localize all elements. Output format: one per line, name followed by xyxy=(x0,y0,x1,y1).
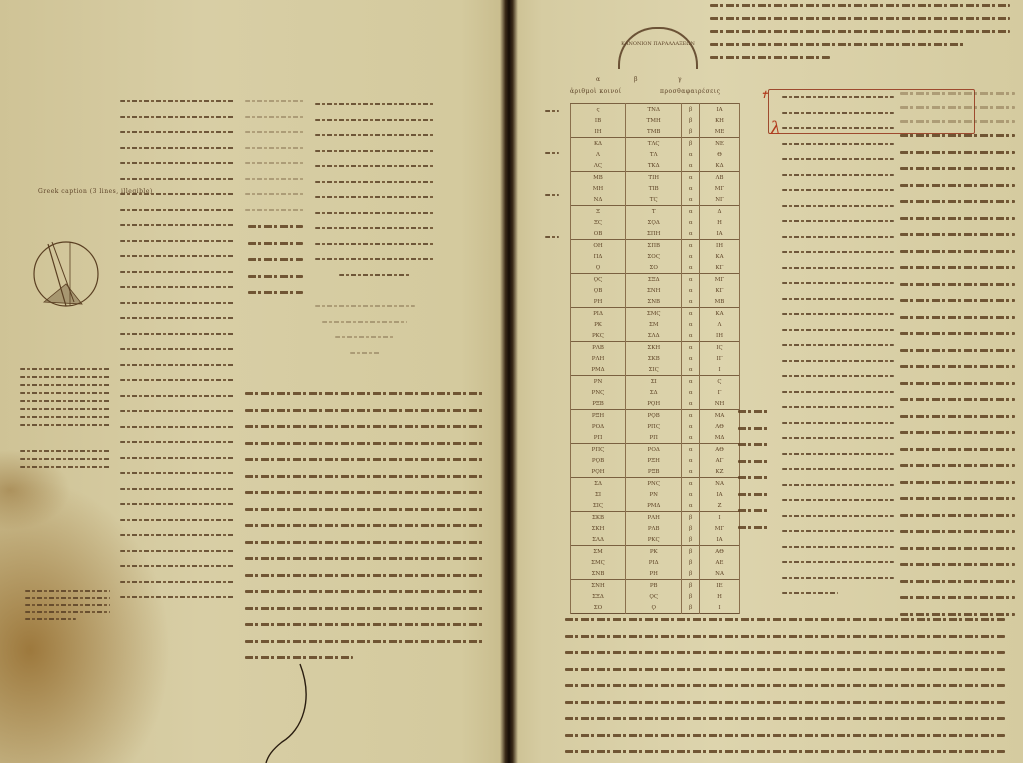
col3-header: γ xyxy=(678,76,682,83)
table-cell-argument: Λ xyxy=(571,149,626,160)
table-cell-seconds: ΚΑ xyxy=(700,308,740,320)
table-cell-minutes: β xyxy=(682,512,700,524)
table-row: ΡΠϚΡΟΔαΑΘ xyxy=(571,444,740,456)
table-cell-minutes: β xyxy=(682,138,700,150)
table-row: ΞϚΣϘΔαΗ xyxy=(571,217,740,228)
table-cell-seconds: Η xyxy=(700,217,740,228)
table-cell-seconds: ΙΑ xyxy=(700,489,740,500)
table-cell-minutes: α xyxy=(682,149,700,160)
table-cell-value: ΣΠΒ xyxy=(626,240,682,252)
table-cell-seconds: ΑΕ xyxy=(700,557,740,568)
table-row: ΙΗΤΜΒβΜΕ xyxy=(571,126,740,138)
table-cell-minutes: α xyxy=(682,285,700,296)
table-cell-argument: ΡΠ xyxy=(571,432,626,444)
table-row: ΜΗΤΙΒαΜΓ xyxy=(571,183,740,194)
table-cell-minutes: β xyxy=(682,557,700,568)
table-cell-value: ΣΚΒ xyxy=(626,353,682,364)
parallax-table: ςΤΝΔβΙΑΙΒΤΜΗβΚΗΙΗΤΜΒβΜΕΚΔΤΛϚβΝΕΛΤΛαΘΛϚΤΚ… xyxy=(570,103,740,614)
table-row: ΡΙΔΣΜϚαΚΑ xyxy=(571,308,740,320)
margin-scholia-right xyxy=(900,92,1015,629)
table-cell-minutes: α xyxy=(682,500,700,512)
table-cell-value: ΣΞΔ xyxy=(626,274,682,286)
table-cell-value: ΣΔ xyxy=(626,387,682,398)
table-cell-value: ΡΙΔ xyxy=(626,557,682,568)
table-cell-minutes: α xyxy=(682,194,700,206)
table-cell-argument: ΠΔ xyxy=(571,251,626,262)
table-cell-minutes: α xyxy=(682,206,700,218)
table-cell-seconds: Γ xyxy=(700,387,740,398)
table-cell-minutes: α xyxy=(682,274,700,286)
table-cell-value: ΤΜΒ xyxy=(626,126,682,138)
table-row: ΜΒΤΙΗαΛΒ xyxy=(571,172,740,184)
table-cell-minutes: β xyxy=(682,580,700,592)
table-row: ΣΙϚΡΜΔαΖ xyxy=(571,500,740,512)
table-row: ΣΙΡΝαΙΑ xyxy=(571,489,740,500)
table-cell-argument: ΛϚ xyxy=(571,160,626,172)
table-cell-minutes: α xyxy=(682,364,700,376)
table-cell-minutes: α xyxy=(682,240,700,252)
table-cell-minutes: α xyxy=(682,342,700,354)
table-cell-minutes: β xyxy=(682,115,700,126)
table-cell-argument: ΣΚΒ xyxy=(571,512,626,524)
table-row: ΠΔΣΟϚαΚΑ xyxy=(571,251,740,262)
table-cell-value: ΣΟ xyxy=(626,262,682,274)
table-cell-value: ΤΙΗ xyxy=(626,172,682,184)
table-row: ΞΤαΔ xyxy=(571,206,740,218)
table-cell-argument: ΜΒ xyxy=(571,172,626,184)
table-cell-argument: ΡΗ xyxy=(571,296,626,308)
table-cell-argument: ΡΙΔ xyxy=(571,308,626,320)
table-row: ΣΛΔΡΚϚβΙΑ xyxy=(571,534,740,546)
table-cell-value: ΡΞΒ xyxy=(626,466,682,478)
table-cell-argument: Ϙ xyxy=(571,262,626,274)
table-cell-seconds: ΙΓ xyxy=(700,353,740,364)
table-row: ΟΗΣΠΒαΙΗ xyxy=(571,240,740,252)
table-row: ΣΜΡΚβΑΘ xyxy=(571,546,740,558)
table-cell-seconds: ΚΓ xyxy=(700,262,740,274)
table-cell-value: ΣΝΗ xyxy=(626,285,682,296)
table-cell-argument: ΣΝΗ xyxy=(571,580,626,592)
table-row: ΡϘΗΡΞΒαΚΖ xyxy=(571,466,740,478)
table-row: ΣΞΔϘϚβΗ xyxy=(571,591,740,602)
table-cell-argument: ΡϘΗ xyxy=(571,466,626,478)
table-cell-argument: ΟΒ xyxy=(571,228,626,240)
table-cell-argument: ΣΙ xyxy=(571,489,626,500)
top-scholia xyxy=(710,4,1010,69)
table-cell-seconds: Ι xyxy=(700,364,740,376)
col1-header: α xyxy=(596,76,601,83)
table-cell-value: ΡΒ xyxy=(626,580,682,592)
table-row: ΣΝΒΡΗβΝΑ xyxy=(571,568,740,580)
table-cell-minutes: α xyxy=(682,183,700,194)
table-cell-seconds: ΚΗ xyxy=(700,115,740,126)
table-cell-minutes: β xyxy=(682,568,700,580)
table-row: ΡΚϚΣΛΔαΙΗ xyxy=(571,330,740,342)
table-cell-argument: ΡΝ xyxy=(571,376,626,388)
table-cell-value: ΡΜΔ xyxy=(626,500,682,512)
table-cell-minutes: β xyxy=(682,546,700,558)
table-cell-minutes: α xyxy=(682,376,700,388)
table-cell-seconds: ΚΔ xyxy=(700,160,740,172)
table-cell-value: ΤΛ xyxy=(626,149,682,160)
table-row: ΡΞΗΡϘΒαΜΑ xyxy=(571,410,740,422)
table-cell-value: ΡΛΒ xyxy=(626,523,682,534)
table-side-notes xyxy=(738,410,768,542)
table-cell-minutes: α xyxy=(682,421,700,432)
table-cell-value: ΡϘΗ xyxy=(626,398,682,410)
table-row: ΣΜϚΡΙΔβΑΕ xyxy=(571,557,740,568)
table-cell-value: ΣΚΗ xyxy=(626,342,682,354)
table-row: ΡΠΡΠαΜΔ xyxy=(571,432,740,444)
table-cell-seconds: Θ xyxy=(700,149,740,160)
table-cell-seconds: Ι xyxy=(700,602,740,614)
scholia-block xyxy=(245,392,485,673)
table-cell-value: ΣΛΔ xyxy=(626,330,682,342)
table-cell-seconds: Ϛ xyxy=(700,376,740,388)
table-cell-minutes: α xyxy=(682,432,700,444)
table-cell-seconds: ΙΗ xyxy=(700,330,740,342)
table-cell-argument: ΡΟΔ xyxy=(571,421,626,432)
table-row: ΡΜΔΣΙϚαΙ xyxy=(571,364,740,376)
table-row: ΡΞΒΡϘΗαΝΗ xyxy=(571,398,740,410)
table-row: ϘΣΟαΚΓ xyxy=(571,262,740,274)
table-cell-argument: ΚΔ xyxy=(571,138,626,150)
table-cell-minutes: β xyxy=(682,523,700,534)
table-cell-value: ΤϚ xyxy=(626,194,682,206)
table-cell-argument: ΞϚ xyxy=(571,217,626,228)
table-cell-minutes: α xyxy=(682,228,700,240)
table-cell-minutes: α xyxy=(682,353,700,364)
table-cell-seconds: ΜΓ xyxy=(700,523,740,534)
table-cell-value: ΤΝΔ xyxy=(626,104,682,116)
table-row: ϘϚΣΞΔαΜΓ xyxy=(571,274,740,286)
table-row: ςΤΝΔβΙΑ xyxy=(571,104,740,116)
outer-margin-note-1 xyxy=(20,368,110,432)
table-row: ΡΛΗΣΚΒαΙΓ xyxy=(571,353,740,364)
table-row: ΙΒΤΜΗβΚΗ xyxy=(571,115,740,126)
table-row: ΡΟΔΡΠϚαΛΘ xyxy=(571,421,740,432)
table-cell-value: ΣΝΒ xyxy=(626,296,682,308)
table-cell-seconds: ΙϚ xyxy=(700,342,740,354)
table-cell-argument: ΝΔ xyxy=(571,194,626,206)
table-row: ϘΒΣΝΗαΚΓ xyxy=(571,285,740,296)
table-cell-seconds: ΙΕ xyxy=(700,580,740,592)
table-cell-argument: ϘϚ xyxy=(571,274,626,286)
table-cell-minutes: α xyxy=(682,251,700,262)
table-cell-value: Ϙ xyxy=(626,602,682,614)
table-cell-value: ΡΝ xyxy=(626,489,682,500)
table-cell-seconds: ΛΘ xyxy=(700,421,740,432)
table-row: ΣΝΗΡΒβΙΕ xyxy=(571,580,740,592)
table-cell-seconds: ΙΑ xyxy=(700,104,740,116)
table-cell-argument: ΡΛΒ xyxy=(571,342,626,354)
table-cell-seconds: Η xyxy=(700,591,740,602)
table-cell-value: ΡΠϚ xyxy=(626,421,682,432)
table-cell-argument: ΙΒ xyxy=(571,115,626,126)
table-cell-seconds: ΜΓ xyxy=(700,183,740,194)
pen-stroke xyxy=(262,660,312,763)
table-cell-seconds: ΑΘ xyxy=(700,444,740,456)
geometric-circle-diagram xyxy=(30,232,105,312)
table-cell-minutes: α xyxy=(682,217,700,228)
header-arch-text: ΚΑΝΟΝΙΟΝ ΠΑΡΑΛΛΑΞΕΩΝ xyxy=(620,41,696,47)
table-row: ΝΔΤϚαΝΓ xyxy=(571,194,740,206)
main-text-col-1 xyxy=(120,100,235,612)
table-cell-minutes: α xyxy=(682,172,700,184)
top-scholia-left xyxy=(565,18,675,35)
table-cell-minutes: α xyxy=(682,398,700,410)
bottom-scholia xyxy=(565,618,1005,763)
table-cell-minutes: α xyxy=(682,410,700,422)
table-cell-argument: ΡΞΒ xyxy=(571,398,626,410)
table-cell-argument: ΣΟ xyxy=(571,602,626,614)
table-cell-value: Τ xyxy=(626,206,682,218)
margin-scholia-left xyxy=(248,225,303,308)
table-row: ΣΚΒΡΛΗβΙ xyxy=(571,512,740,524)
table-cell-argument: ΜΗ xyxy=(571,183,626,194)
outer-margin-note-3 xyxy=(25,590,110,625)
table-cell-argument: ΣΔ xyxy=(571,478,626,490)
rubric-mark-lambda: λ xyxy=(770,118,781,139)
table-cell-minutes: α xyxy=(682,478,700,490)
table-cell-argument: ΣΚΗ xyxy=(571,523,626,534)
table-cell-minutes: β xyxy=(682,126,700,138)
table-cell-seconds: Ζ xyxy=(700,500,740,512)
inverted-triangle-text xyxy=(315,305,415,367)
table-cell-argument: ΡΚϚ xyxy=(571,330,626,342)
table-cell-seconds: ΝΑ xyxy=(700,478,740,490)
table-cell-seconds: ΜΑ xyxy=(700,410,740,422)
table-cell-minutes: α xyxy=(682,466,700,478)
table-cell-seconds: ΙΑ xyxy=(700,534,740,546)
table-cell-seconds: ΜΕ xyxy=(700,126,740,138)
table-cell-value: ΣΟϚ xyxy=(626,251,682,262)
table-row: ΡΗΣΝΒαΜΒ xyxy=(571,296,740,308)
table-cell-minutes: β xyxy=(682,104,700,116)
table-cell-seconds: ΙΗ xyxy=(700,240,740,252)
table-row: ΟΒΣΠΗαΙΑ xyxy=(571,228,740,240)
table-cell-value: ΤΛϚ xyxy=(626,138,682,150)
table-row: ΡϘΒΡΞΗαΑΓ xyxy=(571,455,740,466)
table-cell-value: ΡΠ xyxy=(626,432,682,444)
rubric-mark-1: ✝ xyxy=(760,90,768,101)
table-cell-argument: ΣΜϚ xyxy=(571,557,626,568)
table-cell-value: ΡΛΗ xyxy=(626,512,682,524)
table-cell-value: ϘϚ xyxy=(626,591,682,602)
table-cell-minutes: β xyxy=(682,602,700,614)
table-cell-argument: ΣΜ xyxy=(571,546,626,558)
table-cell-value: ΡΟΔ xyxy=(626,444,682,456)
table-cell-value: ΡΝϚ xyxy=(626,478,682,490)
table-cell-argument: ΡϘΒ xyxy=(571,455,626,466)
manuscript-spread: Greek caption (3 lines, illegible) xyxy=(0,0,1023,763)
table-cell-value: ΡΚ xyxy=(626,546,682,558)
table-cell-minutes: α xyxy=(682,489,700,500)
table-cell-minutes: α xyxy=(682,160,700,172)
table-row: ΣΔΡΝϚαΝΑ xyxy=(571,478,740,490)
table-cell-seconds: ΚΓ xyxy=(700,285,740,296)
ghost-text-col xyxy=(245,100,305,224)
table-cell-seconds: ΚΖ xyxy=(700,466,740,478)
table-cell-value: ΡΗ xyxy=(626,568,682,580)
table-cell-argument: ς xyxy=(571,104,626,116)
table-cell-seconds: ΑΘ xyxy=(700,546,740,558)
table-subheader-1: ἀριθμοὶ κοινοί xyxy=(570,88,622,95)
table-cell-value: ΤΙΒ xyxy=(626,183,682,194)
table-cell-minutes: α xyxy=(682,296,700,308)
table-cell-minutes: α xyxy=(682,455,700,466)
table-cell-argument: ΡΜΔ xyxy=(571,364,626,376)
table-cell-minutes: β xyxy=(682,534,700,546)
main-text-right xyxy=(782,96,894,608)
table-cell-seconds: ΚΑ xyxy=(700,251,740,262)
table-cell-minutes: α xyxy=(682,308,700,320)
col2-header: β xyxy=(634,76,638,83)
table-row: ΡΝϚΣΔαΓ xyxy=(571,387,740,398)
table-cell-seconds: ΛΒ xyxy=(700,172,740,184)
table-cell-value: ΣΜϚ xyxy=(626,308,682,320)
table-cell-seconds: ΜΓ xyxy=(700,274,740,286)
table-cell-seconds: Λ xyxy=(700,319,740,330)
table-cell-argument: ΣΙϚ xyxy=(571,500,626,512)
table-cell-seconds: ΜΒ xyxy=(700,296,740,308)
table-cell-minutes: α xyxy=(682,319,700,330)
table-cell-value: ΣΙ xyxy=(626,376,682,388)
table-cell-argument: ΣΞΔ xyxy=(571,591,626,602)
table-cell-argument: ΣΛΔ xyxy=(571,534,626,546)
table-cell-minutes: α xyxy=(682,387,700,398)
table-cell-argument: ΡΚ xyxy=(571,319,626,330)
table-cell-argument: ΡΝϚ xyxy=(571,387,626,398)
table-cell-value: ΣΜ xyxy=(626,319,682,330)
table-row: ΣΟϘβΙ xyxy=(571,602,740,614)
table-row: ΡΚΣΜαΛ xyxy=(571,319,740,330)
table-cell-argument: ϘΒ xyxy=(571,285,626,296)
table-cell-argument: Ξ xyxy=(571,206,626,218)
table-subheader-2: προσθαφαιρέσεις xyxy=(660,88,721,95)
table-cell-minutes: α xyxy=(682,330,700,342)
table-cell-value: ΣϘΔ xyxy=(626,217,682,228)
left-margin-numerals xyxy=(545,110,559,278)
table-cell-value: ΣΠΗ xyxy=(626,228,682,240)
table-row: ΡΝΣΙαϚ xyxy=(571,376,740,388)
table-cell-seconds: ΝΑ xyxy=(700,568,740,580)
table-row: ΚΔΤΛϚβΝΕ xyxy=(571,138,740,150)
table-cell-minutes: α xyxy=(682,444,700,456)
table-cell-argument: ΡΞΗ xyxy=(571,410,626,422)
table-cell-argument: ΣΝΒ xyxy=(571,568,626,580)
table-row: ΛϚΤΚΔαΚΔ xyxy=(571,160,740,172)
table-row: ΛΤΛαΘ xyxy=(571,149,740,160)
table-cell-value: ΤΜΗ xyxy=(626,115,682,126)
table-cell-seconds: ΙΑ xyxy=(700,228,740,240)
table-cell-argument: ΙΗ xyxy=(571,126,626,138)
main-text-col-2 xyxy=(315,103,435,289)
table-cell-seconds: ΑΓ xyxy=(700,455,740,466)
table-cell-seconds: Ι xyxy=(700,512,740,524)
table-row: ΣΚΗΡΛΒβΜΓ xyxy=(571,523,740,534)
table-cell-seconds: ΜΔ xyxy=(700,432,740,444)
table-cell-seconds: ΝΓ xyxy=(700,194,740,206)
table-cell-value: ΡϘΒ xyxy=(626,410,682,422)
table-cell-minutes: α xyxy=(682,262,700,274)
outer-margin-note-2 xyxy=(20,450,110,474)
table-cell-value: ΡΞΗ xyxy=(626,455,682,466)
table-row: ΡΛΒΣΚΗαΙϚ xyxy=(571,342,740,354)
table-cell-seconds: Δ xyxy=(700,206,740,218)
table-cell-value: ΤΚΔ xyxy=(626,160,682,172)
table-cell-seconds: ΝΗ xyxy=(700,398,740,410)
binding-gutter xyxy=(500,0,518,763)
table-cell-argument: ΡΛΗ xyxy=(571,353,626,364)
table-cell-value: ΡΚϚ xyxy=(626,534,682,546)
table-cell-argument: ΡΠϚ xyxy=(571,444,626,456)
table-cell-seconds: ΝΕ xyxy=(700,138,740,150)
table-cell-value: ΣΙϚ xyxy=(626,364,682,376)
table-cell-minutes: β xyxy=(682,591,700,602)
table-cell-argument: ΟΗ xyxy=(571,240,626,252)
